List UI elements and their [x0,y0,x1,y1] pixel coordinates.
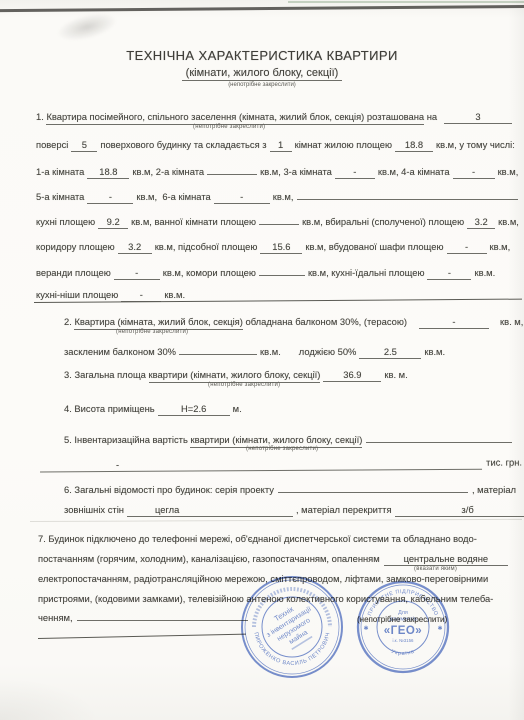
room1-area-value: 18.8 [87,165,129,179]
section2-line2: заскленим балконом 30% кв.м. лоджією 50%… [64,344,516,359]
geo-stamp-star-right: ✱ [437,625,442,632]
extra-blank-line [38,634,246,639]
label-ceiling-height: 4. Висота приміщень [64,402,155,415]
section1-line7: веранди площею - кв.м, комори площею кв.… [36,265,522,280]
section1-phrase-tail: на [427,110,437,123]
label-room5: 5-а кімната [36,190,84,203]
heating-type-value: центральне водяне [384,552,508,566]
living-area-value: 18.8 [395,138,433,152]
label-room4: кв.м, 4-а кімната [378,165,450,178]
form-title: ТЕХНІЧНА ХАРАКТЕРИСТИКА КВАРТИРИ [0,48,524,63]
label-sqm1: кв.м, [132,165,153,178]
label-pantry: кв.м, комори площею [163,266,256,279]
blank-extension-line [297,189,518,200]
label-project-series: 6. Загальні відомості про будинок: серія… [64,483,274,496]
ceiling-height-value: Н=2.6 [158,402,230,416]
label-utility: кв.м, підсобної площею [155,240,258,253]
label-sqm-t: кв.м, [498,215,519,228]
geo-ring-bottom-text: Україна [390,649,415,657]
section7-text5: ченням, [38,611,73,624]
label-exterior-walls: зовнішніх стін [64,503,124,516]
section2-number: 2. [64,315,72,328]
label-sqm-b: кв.м, [302,215,323,228]
strike-note-s3: (непотрібне закреслити) [208,382,280,388]
label-sqm-kd: кв.м. [474,266,495,279]
scan-top-edge [0,5,524,12]
room3-area-value: - [335,165,375,179]
section7-line5: ченням, [38,610,252,624]
room4-area-value: - [453,165,495,179]
kitchen-niche-area-value: - [121,288,161,302]
section1-line6: коридору площею 3.2 кв.м, підсобної площ… [36,240,522,254]
section1-line2: поверсі 5 поверхового будинку та складає… [36,138,522,152]
label-consists: поверхового будинку та складається з [100,138,266,151]
section7-line2: постачанням (горячим, холодним), каналіз… [38,552,512,566]
label-room1: 1-а кімната [36,165,84,178]
geo-stamp: ПРИВАТНЕ ПІДПРИЄМСТВО Україна ✱ ✱ Для до… [355,579,451,675]
total-area-value: 36.9 [323,368,381,382]
label-sqm2: кв.м, [260,165,281,178]
label-heating: постачанням (горячим, холодним), каналіз… [38,552,380,565]
geo-stamp-star-left: ✱ [363,625,368,632]
cable-tv-blank [77,610,248,621]
section7-text1: 7. Будинок підключено до телефонні мереж… [38,532,477,545]
bathroom-area-value [259,214,299,225]
label-sqm-loggia: кв.м. [424,345,445,358]
form-subtitle: (кімнати, жилого блоку, секції) [0,67,524,79]
label-floors: поверсі [36,138,68,151]
section4-line: 4. Висота приміщень Н=2.6 м. [64,402,516,416]
section1-line4: 5-а кімната - кв.м, 6-а кімната - кв.м, [36,189,522,204]
strike-note-header: (непотрібне закреслити) [0,82,524,88]
form-subtitle-text: (кімнати, жилого блоку, секції) [182,67,343,81]
section1-phrase: Квартира посімейного, спільного заселенн… [46,110,424,125]
technician-stamp: ПИРОЖЕНКО ВАСИЛЬ ПЕТРОВИЧ Технік з інвен… [239,574,345,680]
label-sqm6: кв.м, [273,190,294,203]
inventory-blank-1 [366,432,512,443]
label-sqm-incl: кв.м, у тому числі: [436,138,515,151]
rooms-count-value: 1 [270,138,292,152]
loggia-area-value: 2.5 [359,345,421,359]
scanned-form-page: ТЕХНІЧНА ХАРАКТЕРИСТИКА КВАРТИРИ (кімнат… [0,0,524,720]
geo-stamp-top2: документів [389,617,417,623]
corridor-area-value: 3.2 [118,240,152,254]
separator-line-2 [30,519,522,522]
svg-text:Україна: Україна [390,649,415,657]
label-sqm4: кв.м, [498,165,519,178]
project-series-value [278,482,468,493]
label-floor-material: , матеріал перекриття [296,503,392,516]
strike-note-s5: (непотрібне закреслити) [246,446,318,452]
geo-stamp-name: «ГЕО» [384,625,422,637]
section3-number: 3. [64,368,72,381]
scan-smudge [54,8,120,46]
apartment-floor-value: 3 [444,110,512,124]
builtin-wardrobe-area-value: - [447,240,487,254]
section1-line1: 1. Квартира посімейного, спільного засел… [36,110,522,125]
section7-line1: 7. Будинок підключено до телефонні мереж… [38,532,512,545]
section2-line1: 2. Квартира (кімната, жилий блок, секція… [64,315,516,330]
geo-stamp-top1: Для [398,610,408,616]
terrace-area-value: - [419,315,489,329]
kitchen-area-value: 9.2 [98,215,128,229]
label-sqm5: кв.м, [136,190,157,203]
kitchen-dining-area-value: - [427,266,471,280]
label-room6: 6-а кімната [162,190,210,203]
label-inventory-value: 5. Інвентаризаційна вартість [64,433,188,446]
label-toilet: вбиральні (сполученої) площею [325,215,464,228]
label-balcony-terrace: обладнана балконом 30%, (терасою) [245,315,407,328]
veranda-area-value: - [114,266,160,280]
label-room3: 3-а кімната [283,165,331,178]
section1-number: 1. [36,110,44,123]
section2-phrase: Квартира (кімната, жилий блок, секція) [74,315,242,330]
label-material: , матеріал [472,483,516,496]
section6-line2: зовнішніх стін цегла , матеріал перекрит… [64,503,516,517]
section3-phrase: квартири (кімнати, жилого блоку, секції) [149,368,321,383]
label-m: м. [233,402,242,415]
utility-area-value: 15.6 [260,240,302,254]
label-living-area: кімнат жилою площею [295,138,392,151]
section1-line5: кухні площею 9.2 кв.м, ванної кімнати пл… [36,214,522,229]
label-sqm-w: кв.м, [490,240,511,253]
label-kitchen-dining: кв.м, кухні-їдальні площею [308,266,425,279]
walls-material-value: цегла [127,503,293,517]
room2-area-value [207,164,257,175]
label-sqm-terrace: кв. м, [500,315,523,328]
room5-area-value: - [87,190,133,204]
label-veranda: веранди площею [36,266,111,279]
pantry-area-value [259,265,305,276]
label-sqm-gb: кв.м. [260,345,281,358]
label-total-area: Загальна площа [74,368,145,381]
room6-area-value: - [214,190,270,204]
strike-note-s2: (непотрібне закреслити) [116,329,188,335]
label-room2: 2-а кімната [156,165,204,178]
strike-note-s1: (непотрібне закреслити) [193,124,265,130]
scan-top-edge-tint [288,1,524,3]
label-sqm-total: кв. м. [384,368,407,381]
section1-line3: 1-а кімната 18.8 кв.м, 2-а кімната кв.м,… [36,164,522,179]
label-bathroom: кв.м, ванної кімнати площею [131,215,256,228]
label-glazed-balcony: заскленим балконом 30% [64,345,176,358]
inventory-value-dash: - [40,456,482,473]
label-corridor: коридору площею [36,240,115,253]
section6-line1: 6. Загальні відомості про будинок: серія… [64,482,516,496]
toilet-area-value: 3.2 [467,215,495,229]
section3-line: 3. Загальна площа квартири (кімнати, жил… [64,368,516,383]
building-floors-value: 5 [71,138,97,152]
label-wardrobe: кв.м, вбудованої шафи площею [305,240,443,253]
glazed-balcony-area-value [179,344,257,355]
section5-line2: - тис. грн. [36,456,522,473]
label-kitchen-niche: кухні-ніши площею [36,288,118,301]
geo-stamp-code: і.к. №3156 [392,638,414,643]
label-sqm-kn: кв.м. [164,288,185,301]
label-thousand-uah: тис. грн. [486,456,522,469]
label-kitchen: кухні площею [36,215,95,228]
label-loggia: лоджією 50% [299,345,357,358]
ceiling-material-value: з/б [395,503,524,517]
